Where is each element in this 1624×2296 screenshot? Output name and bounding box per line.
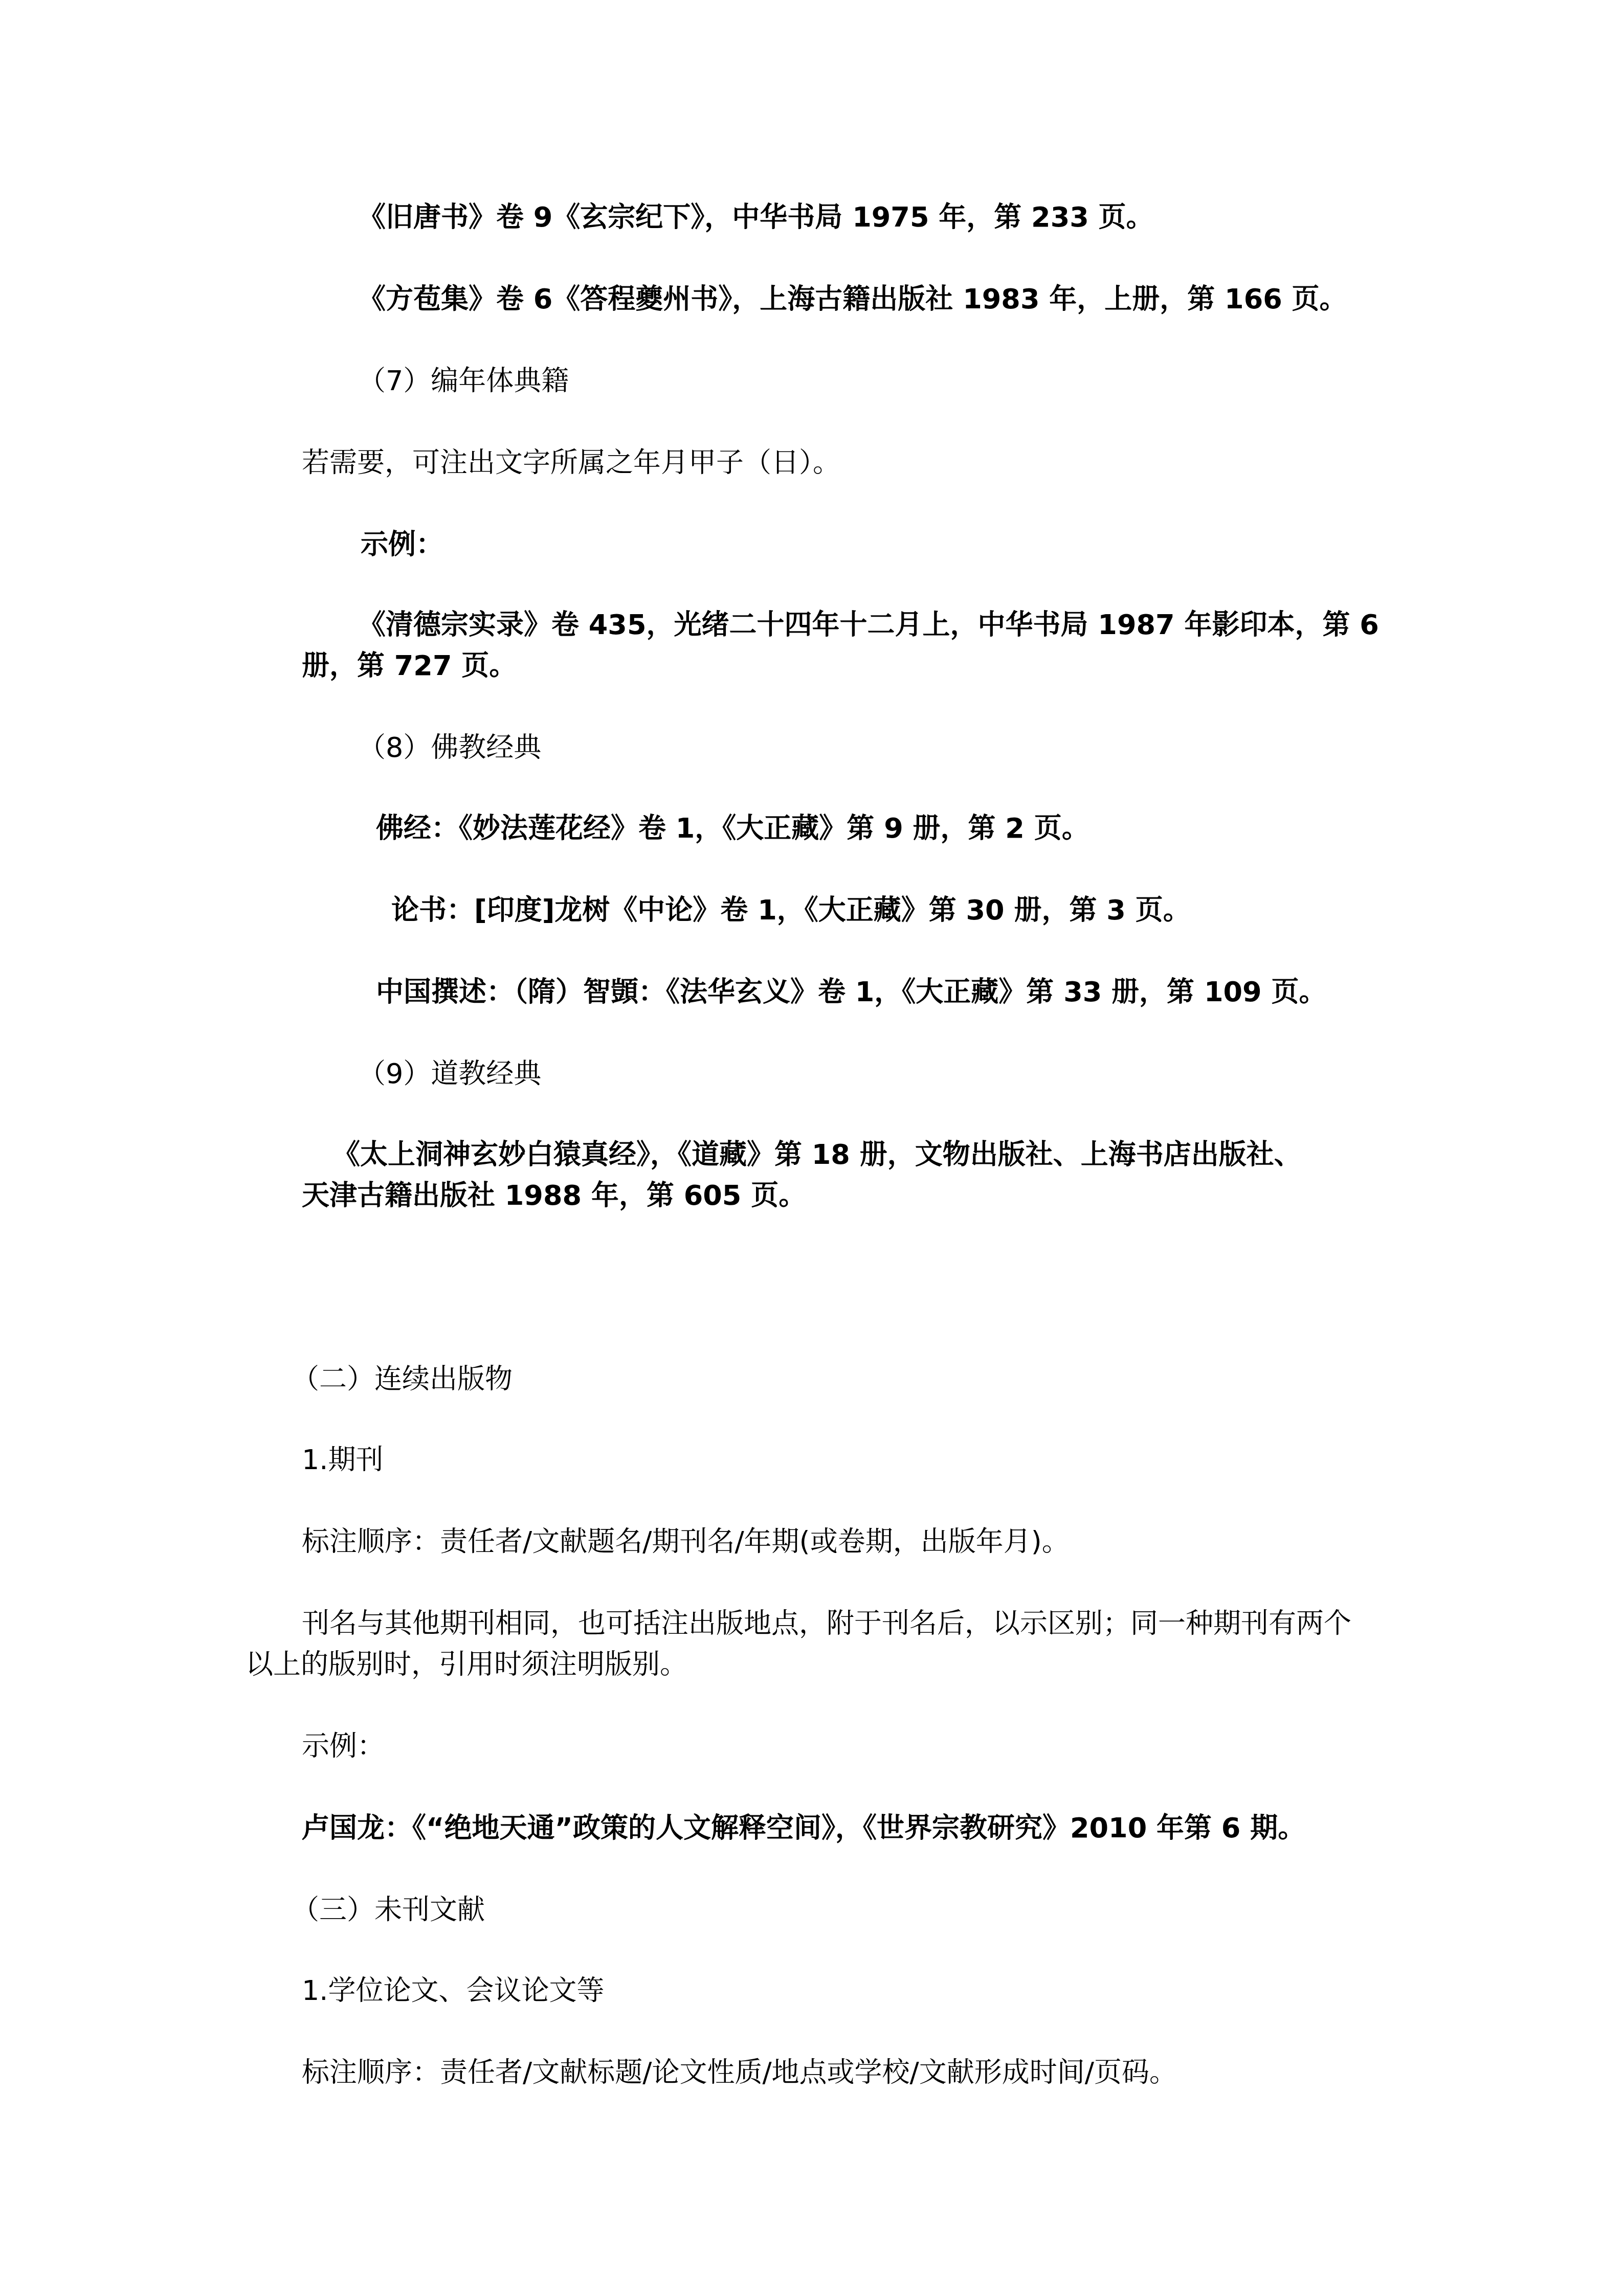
citation-lu-guolong: 卢国龙：《“绝地天通”政策的人文解释空间》，《世界宗教研究》2010 年第 6 …	[302, 1812, 1305, 1844]
paragraph-periodical-note-line2: 以上的版别时，引用时须注明版别。	[246, 1648, 687, 1681]
paragraph-chronicle-note: 若需要，可注出文字所属之年月甲子（日）。	[302, 446, 840, 479]
paragraph-theses-order: 标注顺序：责任者/文献标题/论文性质/地点或学校/文献形成时间/页码。	[302, 2056, 1177, 2089]
paragraph-periodical-order: 标注顺序：责任者/文献题名/期刊名/年期(或卷期，出版年月)。	[302, 1525, 1070, 1558]
citation-buddhist-sutra: 佛经：《妙法莲花经》卷 1，《大正藏》第 9 册，第 2 页。	[376, 812, 1089, 845]
subheading-theses: 1.学位论文、会议论文等	[302, 1974, 605, 2007]
citation-qing-dezong-line2: 册，第 727 页。	[302, 649, 517, 682]
example-label-periodical: 示例：	[302, 1730, 385, 1763]
subheading-chronicle-classics: （7）编年体典籍	[358, 365, 569, 397]
subheading-buddhist-classics: （8）佛教经典	[358, 731, 541, 764]
citation-fang-bao-ji: 《方苞集》卷 6《答程夔州书》，上海古籍出版社 1983 年，上册，第 166 …	[358, 283, 1347, 316]
subheading-taoist-classics: （9）道教经典	[358, 1057, 541, 1090]
section-heading-serials: （二）连续出版物	[292, 1363, 513, 1395]
section-heading-unpublished: （三）未刊文献	[292, 1894, 485, 1926]
citation-jiu-tang-shu: 《旧唐书》卷 9《玄宗纪下》，中华书局 1975 年，第 233 页。	[358, 201, 1154, 234]
citation-qing-dezong-line1: 《清德宗实录》卷 435，光绪二十四年十二月上，中华书局 1987 年影印本，第…	[358, 609, 1379, 641]
subheading-periodicals: 1.期刊	[302, 1444, 384, 1476]
citation-buddhist-treatise: 论书：[印度]龙树《中论》卷 1，《大正藏》第 30 册，第 3 页。	[391, 894, 1191, 927]
citation-chinese-writing: 中国撰述：（隋）智顗：《法华玄义》卷 1，《大正藏》第 33 册，第 109 页…	[376, 976, 1326, 1008]
citation-taoist-line2: 天津古籍出版社 1988 年，第 605 页。	[302, 1179, 806, 1212]
citation-taoist-line1: 《太上洞神玄妙白猿真经》，《道藏》第 18 册，文物出版社、上海书店出版社、	[332, 1138, 1302, 1171]
paragraph-periodical-note-line1: 刊名与其他期刊相同，也可括注出版地点，附于刊名后，以示区别；同一种期刊有两个	[302, 1607, 1351, 1640]
example-label: 示例：	[361, 528, 443, 561]
